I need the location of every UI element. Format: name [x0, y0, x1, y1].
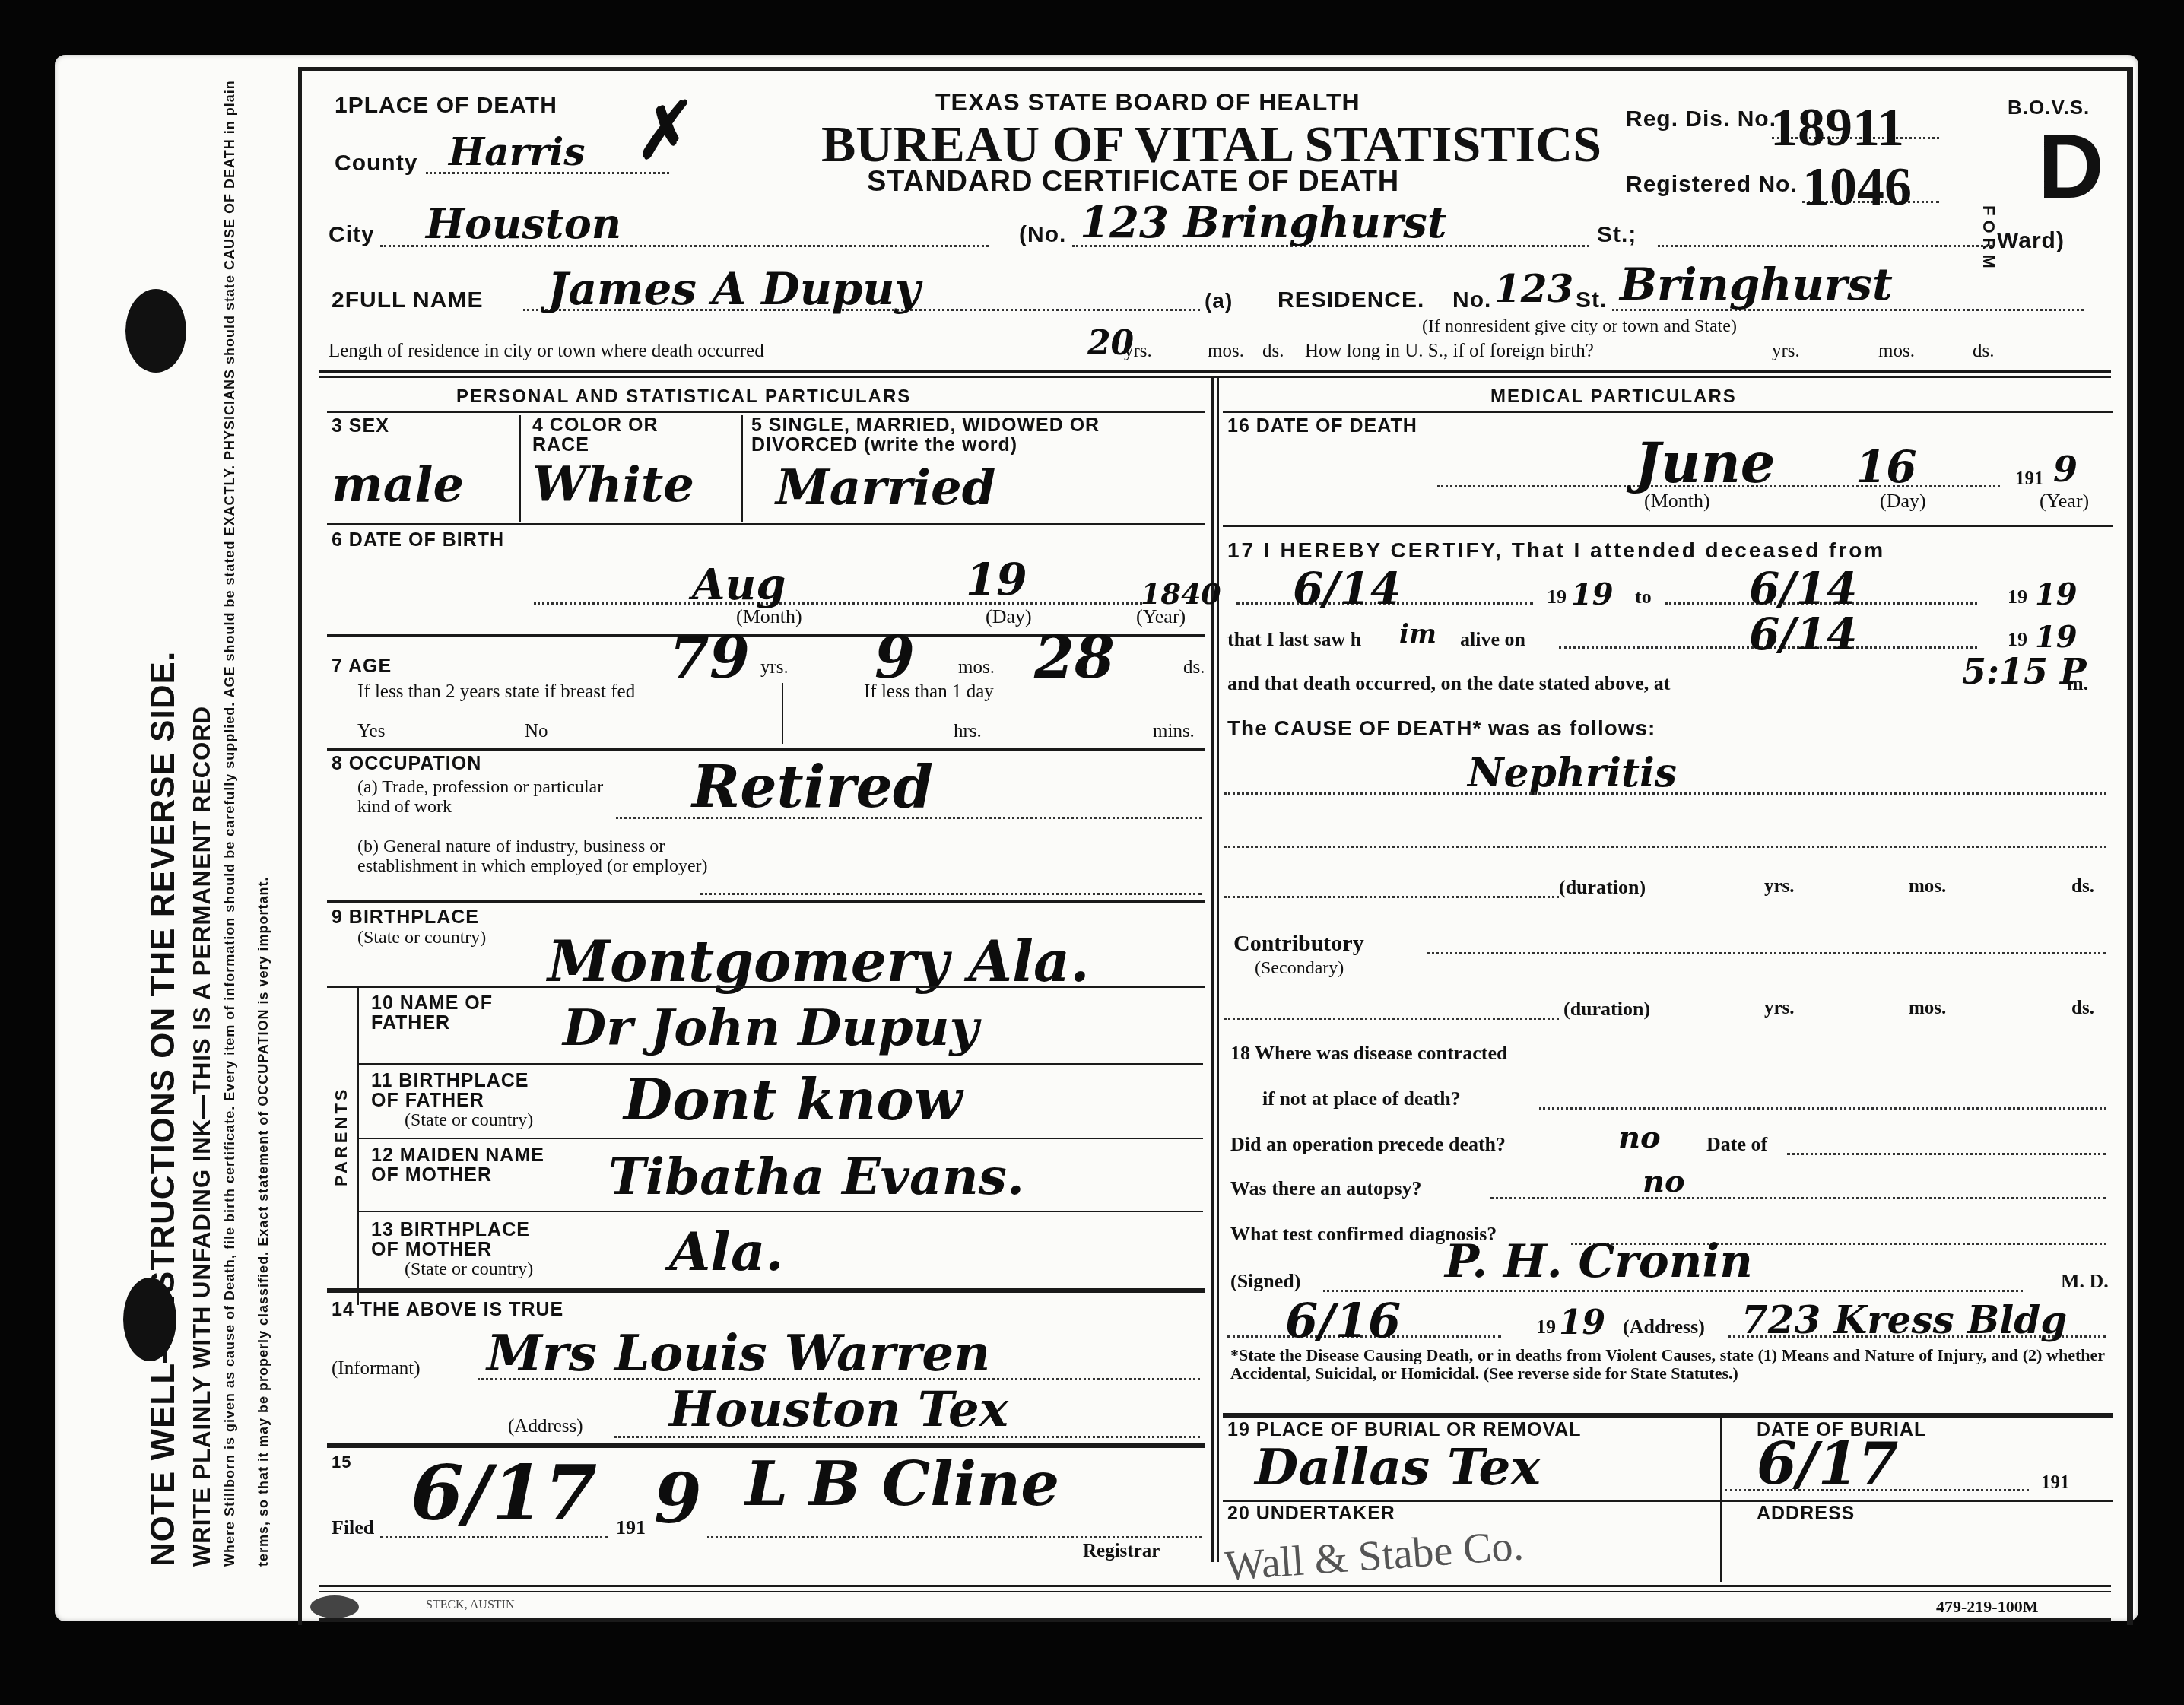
day-caption: (Day) — [1880, 490, 1926, 513]
footnote: *State the Disease Causing Death, or in … — [1230, 1346, 2105, 1383]
q18-line — [1539, 1107, 2106, 1110]
foreign-ds-unit: ds. — [1973, 341, 1994, 362]
sign-date-value: 6/16 — [1285, 1293, 1401, 1348]
residence-st-value: Bringhurst — [1620, 259, 1893, 310]
divider — [327, 900, 1205, 903]
informant-address-value: Houston Tex — [669, 1381, 1008, 1438]
address-no-label: (No. — [1019, 222, 1066, 248]
state-country-caption: (State or country) — [357, 928, 486, 948]
md-label: M. D. — [2061, 1270, 2109, 1293]
color-label: 4 COLOR OR RACE — [532, 415, 684, 455]
duration-label: (duration) — [1559, 876, 1646, 899]
informant-label: (Informant) — [332, 1358, 421, 1380]
dod-year-value: 9 — [2053, 449, 2078, 490]
full-name-label: 2FULL NAME — [332, 287, 483, 313]
duration-yrs-unit: yrs. — [1764, 876, 1795, 897]
form-letter: D — [2038, 114, 2104, 219]
attended-from-value: 6/14 — [1293, 563, 1401, 614]
registrar-line — [707, 1536, 1202, 1538]
form-label: FORM — [1979, 205, 1998, 273]
mother-birthplace-label: 13 BIRTHPLACE OF MOTHER — [371, 1220, 538, 1259]
certify-text: 17 I HEREBY CERTIFY, That I attended dec… — [1227, 538, 1885, 563]
age-ds: 28 — [1034, 624, 1115, 691]
full-name-value: James A Dupuy — [548, 263, 920, 315]
father-birthplace-label: 11 BIRTHPLACE OF FATHER — [371, 1071, 538, 1110]
cause-line-1 — [1224, 792, 2106, 795]
day-caption: (Day) — [986, 605, 1032, 628]
last-saw-label: that I last saw h — [1227, 628, 1361, 651]
form-code: 479-219-100M — [1936, 1597, 2038, 1617]
q18-sub-label: if not at place of death? — [1262, 1087, 1461, 1110]
residence-label: RESIDENCE. — [1278, 287, 1424, 313]
age-mos-unit: mos. — [958, 657, 995, 678]
divider — [1223, 1413, 2113, 1418]
divider — [319, 1585, 2111, 1587]
residence-no-value: 123 — [1494, 266, 1573, 311]
certificate-title: STANDARD CERTIFICATE OF DEATH — [867, 166, 1399, 198]
filed-label: Filed — [332, 1516, 374, 1539]
father-birthplace-value: Dont know — [624, 1068, 962, 1133]
divider — [357, 986, 359, 1305]
reg-dis-value: 18911 — [1770, 96, 1904, 159]
yes-label: Yes — [357, 721, 385, 742]
registered-value: 1046 — [1802, 155, 1912, 218]
ink-blot — [123, 1278, 176, 1361]
dod-day: 16 — [1855, 441, 1917, 493]
divider — [327, 523, 1205, 525]
margin-note-well: NOTE WELL—INSTRUCTIONS ON THE REVERSE SI… — [144, 651, 183, 1567]
father-name-label: 10 NAME OF FATHER — [371, 993, 523, 1033]
registrar-label: Registrar — [1083, 1541, 1160, 1562]
from-year-label: 19 — [1547, 586, 1567, 608]
column-divider — [1217, 376, 1219, 1562]
to-year-label: 19 — [2008, 586, 2027, 608]
occupation-b-label: (b) General nature of industry, business… — [357, 837, 722, 876]
age-yrs-unit: yrs. — [760, 657, 789, 678]
occupation-a-value: Retired — [692, 753, 933, 821]
column-divider — [1211, 376, 1214, 1562]
foreign-mos-unit: mos. — [1878, 341, 1915, 362]
foreign-yrs-unit: yrs. — [1772, 341, 1800, 362]
less-than-day-label: If less than 1 day — [864, 681, 994, 703]
duration-mos-unit: mos. — [1909, 876, 1946, 897]
secondary-label: (Secondary) — [1255, 958, 1344, 979]
ward-line — [1658, 245, 1992, 247]
to-label: to — [1635, 586, 1652, 608]
mother-name-label: 12 MAIDEN NAME OF MOTHER — [371, 1145, 569, 1185]
cause-line-2 — [1224, 846, 2106, 848]
duration-mos-unit: mos. — [1909, 998, 1946, 1019]
burial-year-prefix: 191 — [2041, 1472, 2070, 1494]
occupation-b-line — [700, 893, 1202, 895]
dob-day: 19 — [966, 554, 1027, 605]
duration-ds-unit: ds. — [2071, 998, 2094, 1019]
city-label: City — [329, 222, 375, 248]
city-value: Houston — [426, 199, 621, 248]
undertaker-address-label: ADDRESS — [1757, 1503, 1855, 1525]
informant-value: Mrs Louis Warren — [487, 1323, 990, 1383]
margin-write-plainly: WRITE PLAINLY WITH UNFADING INK—THIS IS … — [189, 706, 216, 1567]
cause-of-death-label: The CAUSE OF DEATH* was as follows: — [1227, 716, 1655, 741]
registered-label: Registered No. — [1626, 172, 1798, 198]
alive-year-label: 19 — [2008, 628, 2027, 651]
occupation-label: 8 OCCUPATION — [332, 753, 481, 775]
operation-label: Did an operation precede death? — [1230, 1133, 1506, 1156]
signed-line — [1323, 1290, 2023, 1292]
divider — [1720, 1416, 1722, 1582]
place-of-death-heading: 1PLACE OF DEATH — [335, 93, 557, 119]
alive-on-label: alive on — [1460, 628, 1525, 651]
printer-label: STECK, AUSTIN — [426, 1599, 514, 1612]
hrs-label: hrs. — [954, 721, 982, 742]
st-label: St.; — [1597, 222, 1636, 248]
dob-line — [534, 602, 1142, 605]
filed-year-prefix: 191 — [616, 1516, 646, 1539]
mother-name-value: Tibatha Evans. — [608, 1147, 1024, 1206]
divider — [359, 1138, 1203, 1139]
divider — [359, 1063, 1203, 1065]
personal-heading: PERSONAL AND STATISTICAL PARTICULARS — [456, 386, 911, 408]
signed-label: (Signed) — [1230, 1270, 1300, 1293]
divider — [782, 683, 783, 744]
a-label: (a) — [1205, 289, 1233, 313]
cause-of-death-value: Nephritis — [1468, 750, 1677, 796]
physician-signature: P. H. Cronin — [1445, 1235, 1753, 1288]
nonresident-note: (If nonresident give city or town and St… — [1422, 316, 1737, 337]
divider — [1223, 1500, 2113, 1502]
divider — [519, 415, 521, 522]
informant-address-label: (Address) — [508, 1416, 583, 1437]
divider — [319, 1591, 2111, 1592]
dod-month: June — [1635, 430, 1776, 495]
q18-label: 18 Where was disease contracted — [1230, 1042, 1507, 1065]
marital-value: Married — [776, 459, 996, 516]
operation-date-line — [1787, 1153, 2106, 1155]
from-year-value: 19 — [1571, 576, 1614, 612]
foreign-birth-label: How long in U. S., if of foreign birth? — [1305, 341, 1594, 362]
attended-to-value: 6/14 — [1749, 563, 1857, 614]
burial-date-value: 6/17 — [1757, 1430, 1898, 1497]
residence-st-label: St. — [1576, 287, 1607, 313]
union-label-icon — [310, 1595, 359, 1618]
breastfed-label: If less than 2 years state if breast fed — [357, 681, 635, 703]
dod-label: 16 DATE OF DEATH — [1227, 415, 1417, 437]
age-yrs: 79 — [669, 624, 750, 691]
divider — [741, 415, 743, 522]
medical-heading: MEDICAL PARTICULARS — [1490, 386, 1737, 408]
duration-line — [1224, 896, 1559, 898]
duration-label: (duration) — [1563, 998, 1650, 1021]
age-ds-unit: ds. — [1183, 657, 1205, 678]
parents-label: PARENTS — [332, 1087, 351, 1187]
dob-month: Aug — [692, 560, 786, 610]
contributory-duration-line — [1224, 1018, 1559, 1020]
divider — [359, 1211, 1203, 1212]
death-occurred-label: and that death occurred, on the date sta… — [1227, 672, 1670, 695]
burial-place-value: Dallas Tex — [1255, 1437, 1541, 1497]
registrar-signature: L B Cline — [745, 1448, 1059, 1519]
divider — [319, 1618, 2111, 1622]
divider — [327, 986, 1205, 988]
mother-birthplace-value: Ala. — [669, 1220, 784, 1283]
county-label: County — [335, 151, 417, 176]
am-pm-suffix: m. — [2067, 672, 2088, 695]
birthplace-label: 9 BIRTHPLACE — [332, 906, 479, 929]
divider — [327, 1288, 1205, 1293]
divider — [327, 411, 1205, 413]
county-value: Harris — [449, 129, 585, 174]
divider — [319, 376, 2111, 378]
contributory-label: Contributory — [1233, 931, 1364, 957]
ward-label: Ward) — [1997, 228, 2065, 254]
sign-address-label: (Address) — [1623, 1316, 1705, 1338]
alive-on-value: 6/14 — [1749, 608, 1857, 660]
age-label: 7 AGE — [332, 656, 392, 678]
alive-year-value: 19 — [2035, 619, 2078, 655]
filed-date-value: 6/17 — [411, 1448, 597, 1538]
divider — [1223, 525, 2113, 527]
board-title: TEXAS STATE BOARD OF HEALTH — [935, 88, 1360, 116]
to-year-value: 19 — [2035, 576, 2078, 612]
state-country-caption: (State or country) — [405, 1110, 533, 1131]
year-caption: (Year) — [1136, 605, 1186, 628]
reg-dis-label: Reg. Dis. No. — [1626, 106, 1776, 132]
undertaker-label: 20 UNDERTAKER — [1227, 1503, 1395, 1525]
sign-year-prefix: 19 — [1536, 1316, 1556, 1338]
month-caption: (Month) — [1644, 490, 1710, 513]
operation-value: no — [1618, 1119, 1661, 1155]
state-country-caption: (State or country) — [405, 1259, 533, 1280]
dob-label: 6 DATE OF BIRTH — [332, 529, 504, 551]
autopsy-label: Was there an autopsy? — [1230, 1177, 1422, 1200]
mins-label: mins. — [1153, 721, 1195, 742]
color-value: White — [532, 456, 694, 513]
yrs-unit: yrs. — [1124, 341, 1152, 362]
address-no-value: 123 Bringhurst — [1080, 198, 1447, 248]
ink-blot — [125, 289, 186, 373]
sex-value: male — [332, 456, 464, 513]
duration-yrs-unit: yrs. — [1764, 998, 1795, 1019]
occupation-a-label: (a) Trade, profession or particular kind… — [357, 777, 631, 817]
sign-year-value: 19 — [1559, 1303, 1605, 1342]
length-residence-label: Length of residence in city or town wher… — [329, 341, 764, 362]
residence-no-label: No. — [1452, 287, 1491, 313]
sex-label: 3 SEX — [332, 415, 389, 437]
no-label: No — [525, 721, 548, 742]
duration-ds-unit: ds. — [2071, 876, 2094, 897]
mos-unit: mos. — [1208, 341, 1244, 362]
divider — [1223, 411, 2113, 413]
margin-instructions-2: terms, so that it may be properly classi… — [256, 876, 271, 1567]
dod-year-prefix: 191 — [2015, 468, 2044, 490]
filed-year-value: 9 — [654, 1459, 702, 1539]
autopsy-value: no — [1643, 1164, 1685, 1199]
father-name-value: Dr John Dupuy — [563, 998, 979, 1057]
autopsy-line — [1490, 1197, 2106, 1199]
filed-number: 15 — [332, 1453, 351, 1472]
last-saw-pronoun: im — [1399, 619, 1436, 649]
divider — [327, 748, 1205, 751]
marital-label: 5 SINGLE, MARRIED, WIDOWED OR DIVORCED (… — [751, 415, 1177, 455]
year-caption: (Year) — [2040, 490, 2089, 513]
ds-unit: ds. — [1262, 341, 1284, 362]
divider — [319, 370, 2111, 373]
sign-address-value: 723 Kress Bldg — [1741, 1297, 2067, 1342]
margin-instructions-1: Where Stillborn is given as cause of Dea… — [222, 122, 238, 1567]
contributory-line — [1427, 952, 2106, 954]
operation-date-label: Date of — [1706, 1133, 1767, 1156]
above-is-true-label: 14 THE ABOVE IS TRUE — [332, 1299, 563, 1321]
